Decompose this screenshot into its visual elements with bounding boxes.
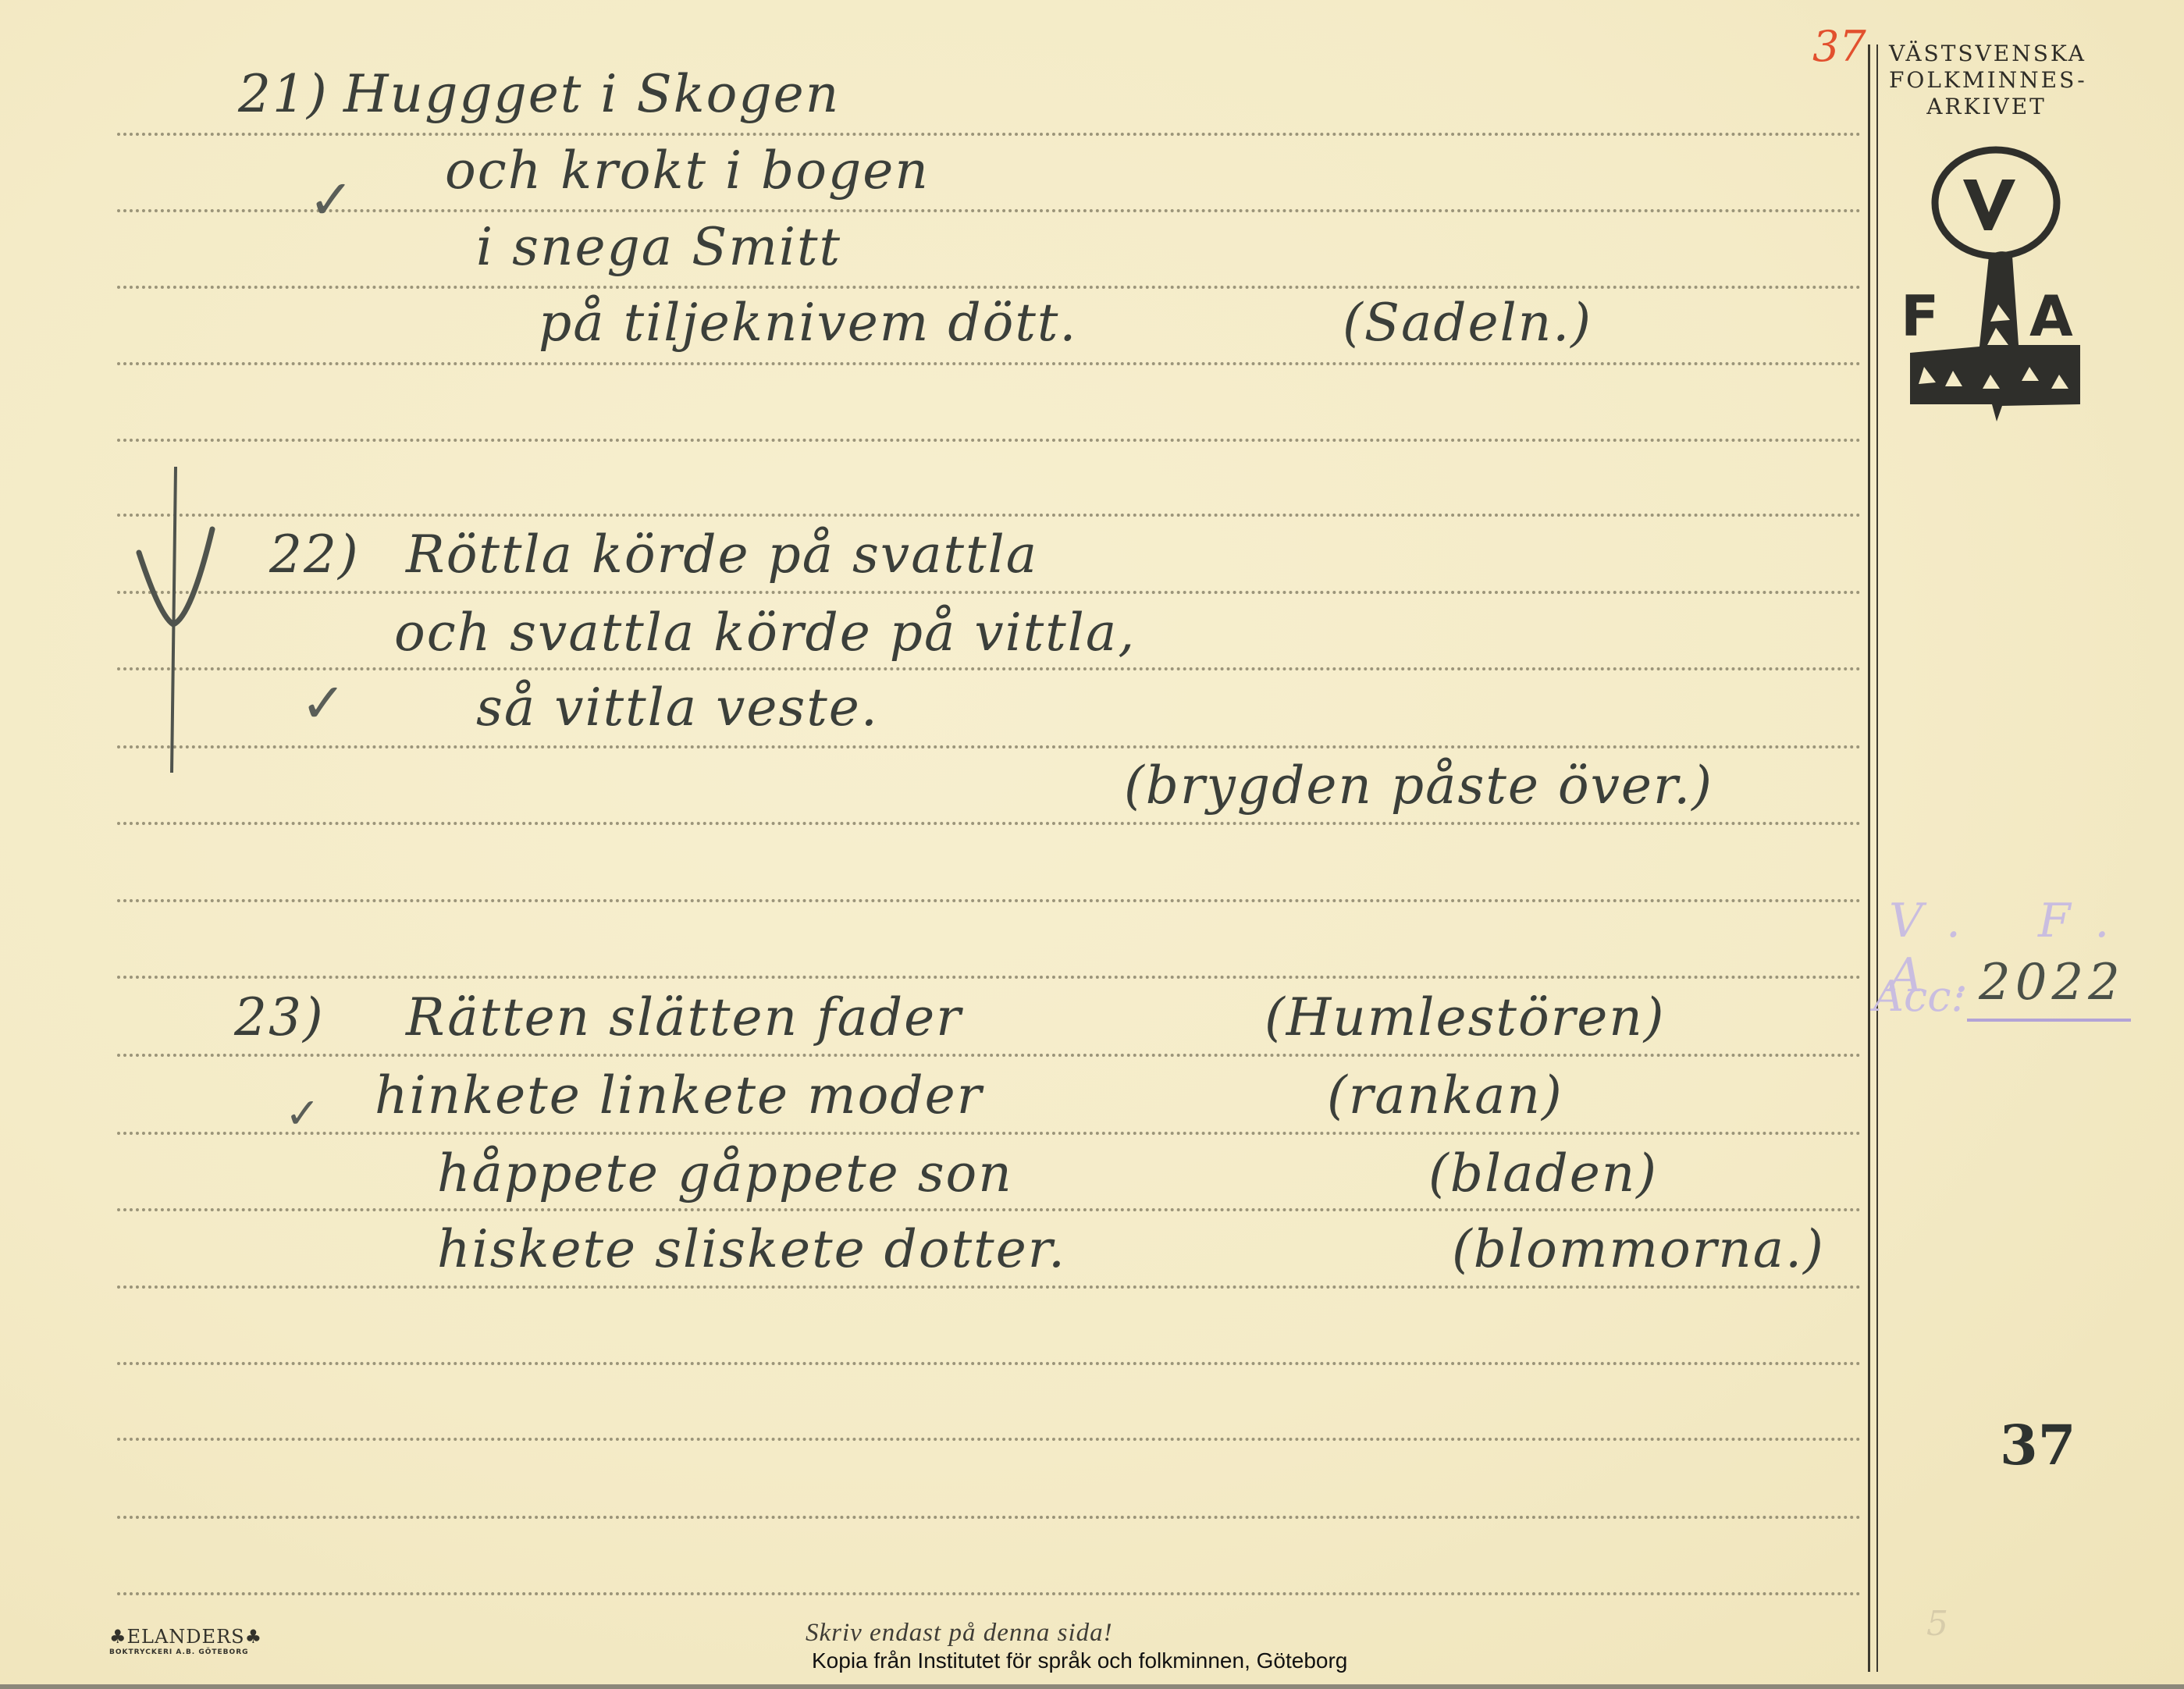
archive-name: VÄSTSVENSKA FOLKMINNES- ARKIVET <box>1889 41 2084 120</box>
riddle-answer: (Humlestören) <box>1265 987 1666 1047</box>
riddle-line: så vittla veste. <box>476 677 879 738</box>
checkmark-icon: ✓ <box>301 671 347 735</box>
archive-paper-sheet <box>0 0 2184 1689</box>
riddle-line: och svattla körde på vittla, <box>394 603 1136 663</box>
dotted-line <box>117 286 1862 289</box>
dotted-line <box>117 209 1862 212</box>
riddle-answer: (Sadeln.) <box>1343 293 1592 353</box>
printer-subtitle: BOKTRYCKERI A.B. GÖTEBORG <box>109 1648 262 1656</box>
riddle-line: hiskete sliskete dotter. <box>437 1219 1066 1279</box>
riddle-line: håppete gåppete son <box>437 1143 1013 1204</box>
svg-text:A: A <box>2029 283 2073 349</box>
dotted-line <box>117 1285 1862 1289</box>
archive-name-line: ARKIVET <box>1889 94 2084 120</box>
footer-copyright: Kopia från Institutet för språk och folk… <box>812 1648 1347 1673</box>
riddle-answer: (rankan) <box>1327 1065 1563 1125</box>
entry-number: 23) <box>234 987 325 1047</box>
accession-label: Acc: <box>1873 972 1965 1021</box>
dotted-line <box>117 133 1862 136</box>
accession-number: 2022 <box>1979 954 2125 1012</box>
svg-text:F: F <box>1901 283 1939 349</box>
faint-pencil-mark: 5 <box>1926 1604 1948 1644</box>
riddle-line: hinkete linkete moder <box>375 1065 983 1125</box>
dotted-line <box>117 822 1862 825</box>
archive-name-line: FOLKMINNES- <box>1889 67 2084 94</box>
scan-bottom-edge <box>0 1684 2184 1689</box>
dotted-line <box>117 667 1862 670</box>
dotted-line <box>117 745 1862 748</box>
dotted-line <box>117 514 1862 517</box>
riddle-line: i snega Smitt <box>476 217 841 277</box>
dotted-line <box>117 1132 1862 1135</box>
dotted-line <box>117 1438 1862 1441</box>
footer-instruction: Skriv endast på denna sida! <box>806 1619 1113 1648</box>
dotted-line <box>117 1362 1862 1365</box>
riddle-line: och krokt i bogen <box>445 140 930 201</box>
dotted-line <box>117 439 1862 442</box>
trident-mark-icon <box>125 460 219 780</box>
archive-name-line: VÄSTSVENSKA <box>1889 41 2084 67</box>
accession-underline <box>1967 1019 2131 1022</box>
printer-name: ♣ELANDERS♣ <box>109 1626 262 1648</box>
dotted-line <box>117 362 1862 365</box>
dotted-line <box>117 899 1862 902</box>
dotted-line <box>117 976 1862 979</box>
dotted-line <box>117 1054 1862 1057</box>
riddle-line: Röttla körde på svattla <box>406 524 1038 585</box>
dotted-line <box>117 1208 1862 1211</box>
vfa-hammer-logo-icon: F A <box>1881 140 2084 453</box>
checkmark-icon: ✓ <box>308 168 354 232</box>
entry-number: 21) <box>238 64 329 124</box>
riddle-answer: (bladen) <box>1428 1143 1658 1204</box>
checkmark-icon: ✓ <box>285 1089 320 1138</box>
dotted-line <box>117 1516 1862 1519</box>
riddle-answer: (brygden påste över.) <box>1124 756 1713 816</box>
printed-page-number: 37 <box>2000 1413 2076 1477</box>
printer-imprint: ♣ELANDERS♣ BOKTRYCKERI A.B. GÖTEBORG <box>109 1626 262 1656</box>
handwritten-page-number: 37 <box>1812 22 1866 71</box>
entry-number: 22) <box>269 524 360 585</box>
riddle-line: Rätten slätten fader <box>406 987 962 1047</box>
riddle-line: på tiljeknivem dött. <box>539 293 1077 353</box>
riddle-line: Huggget i Skogen <box>343 64 840 124</box>
dotted-line <box>117 591 1862 594</box>
margin-rule-right <box>1876 44 1878 1672</box>
dotted-line <box>117 1592 1862 1595</box>
riddle-answer: (blommorna.) <box>1452 1219 1825 1279</box>
margin-rule-left <box>1868 44 1870 1672</box>
